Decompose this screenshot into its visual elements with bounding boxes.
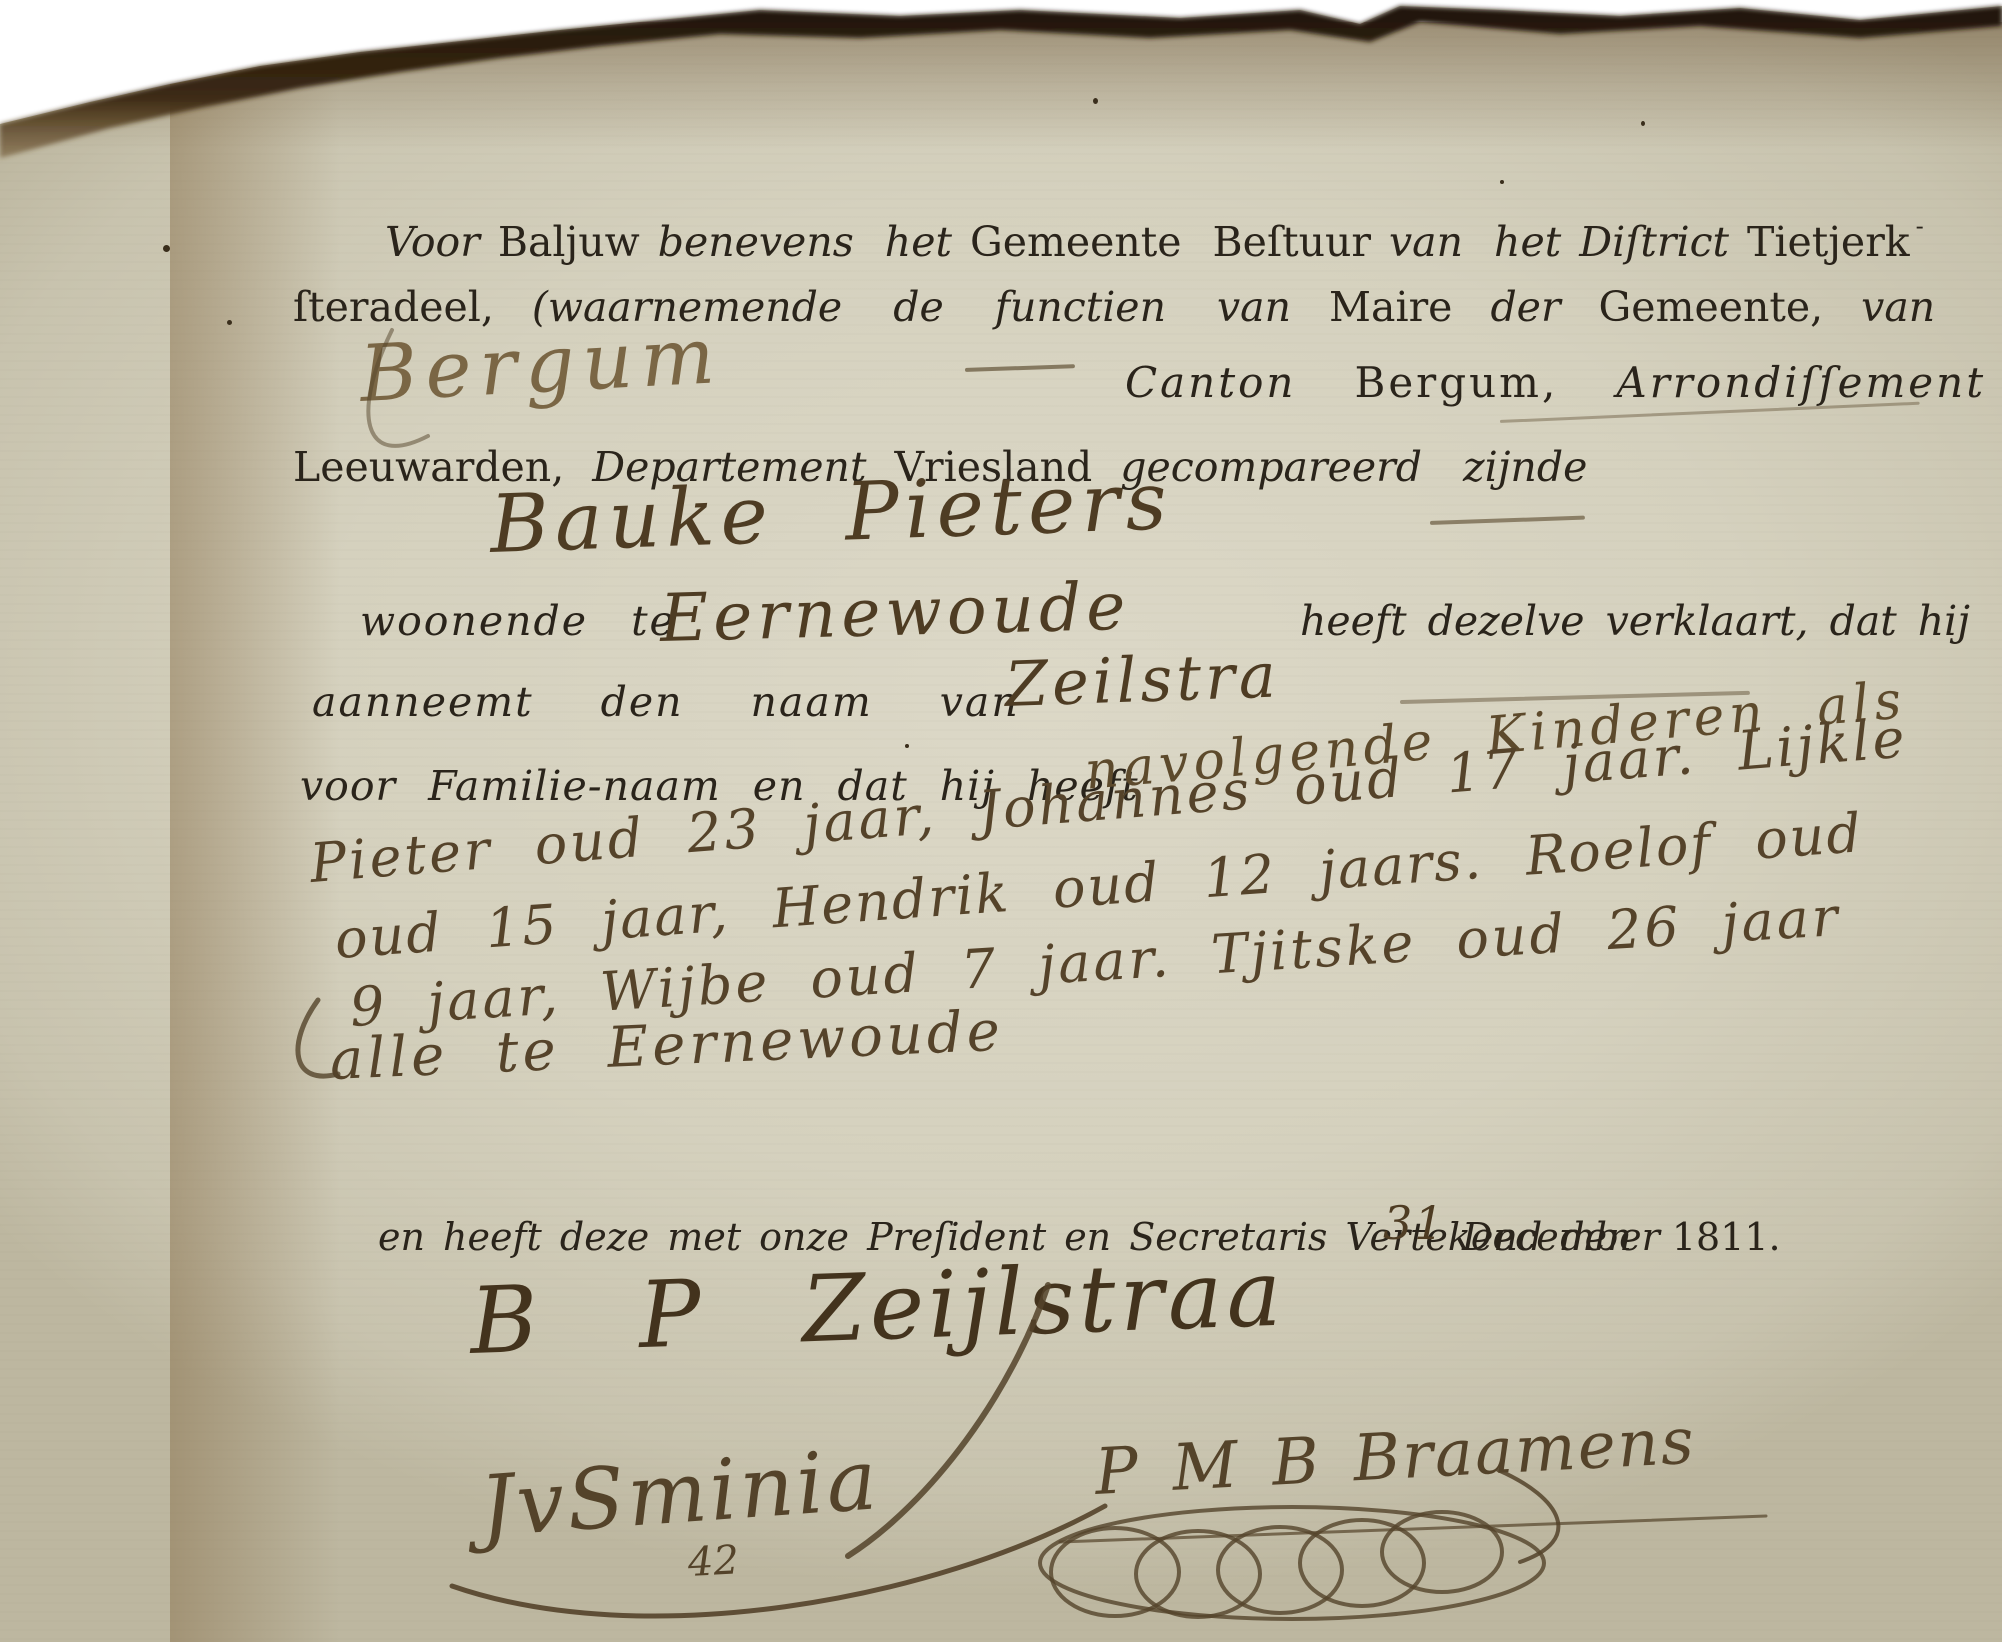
paper-speck (227, 320, 232, 325)
printed-line-1: VoorBaljuwbenevens hetGemeente Beſtuurva… (385, 212, 1942, 266)
word-der: der (1490, 283, 1560, 331)
printed-line-3: CantonBergum,Arrondiſſement (1125, 358, 2002, 407)
phrase-benevens-het: benevens het (658, 218, 952, 266)
word-district: Diſtrict (1579, 218, 1729, 266)
handwritten-familienaam: Zeilstra (1004, 638, 1281, 721)
year-1811: 1811. (1672, 1215, 1781, 1259)
signature-number: 42 (687, 1537, 740, 1586)
paper-speck (1093, 98, 1098, 104)
handwritten-dag: 31 (1383, 1196, 1446, 1250)
word-tietjerk: Tietjerk (1747, 218, 1910, 266)
paper-speck (163, 245, 170, 252)
word-maire: Maire (1329, 283, 1452, 331)
page-top-burnt-edge (0, 0, 2002, 190)
handwritten-woonplaats: Eernewoude (659, 568, 1131, 657)
word-voor: Voor (385, 218, 480, 266)
word-baljuw: Baljuw (498, 218, 640, 266)
word-gemeente: Gemeente, (1599, 283, 1824, 331)
printed-aanneemt-den-naam: aanneemt den naam van (312, 678, 1020, 726)
word-bergum: Bergum, (1354, 358, 1558, 407)
printed-woonende-te: woonende te (360, 597, 676, 645)
word-arrondissement: Arrondiſſement (1616, 358, 1986, 407)
phrase-gemeente-bestuur: Gemeente Beſtuur (970, 218, 1371, 266)
paper-speck (905, 744, 909, 748)
line-break-hyphen: - (1916, 212, 1924, 240)
phrase-gecompareerd-zijnde: gecompareerd zijnde (1120, 443, 1587, 491)
printed-heeft-dezelve: heeft dezelve verklaart, dat hij (1300, 597, 1970, 645)
printed-december: December 1811. (1462, 1215, 1781, 1259)
word-canton: Canton (1125, 358, 1296, 407)
word-december: December (1462, 1215, 1660, 1259)
paper-speck (1641, 121, 1645, 126)
word-van: van (1861, 283, 1935, 331)
handwritten-gemeente-naam: Bergum (358, 311, 725, 420)
paper-speck (1500, 180, 1504, 184)
phrase-van-het: van het (1389, 218, 1561, 266)
scanned-register-page: VoorBaljuwbenevens hetGemeente Beſtuurva… (0, 0, 2002, 1642)
